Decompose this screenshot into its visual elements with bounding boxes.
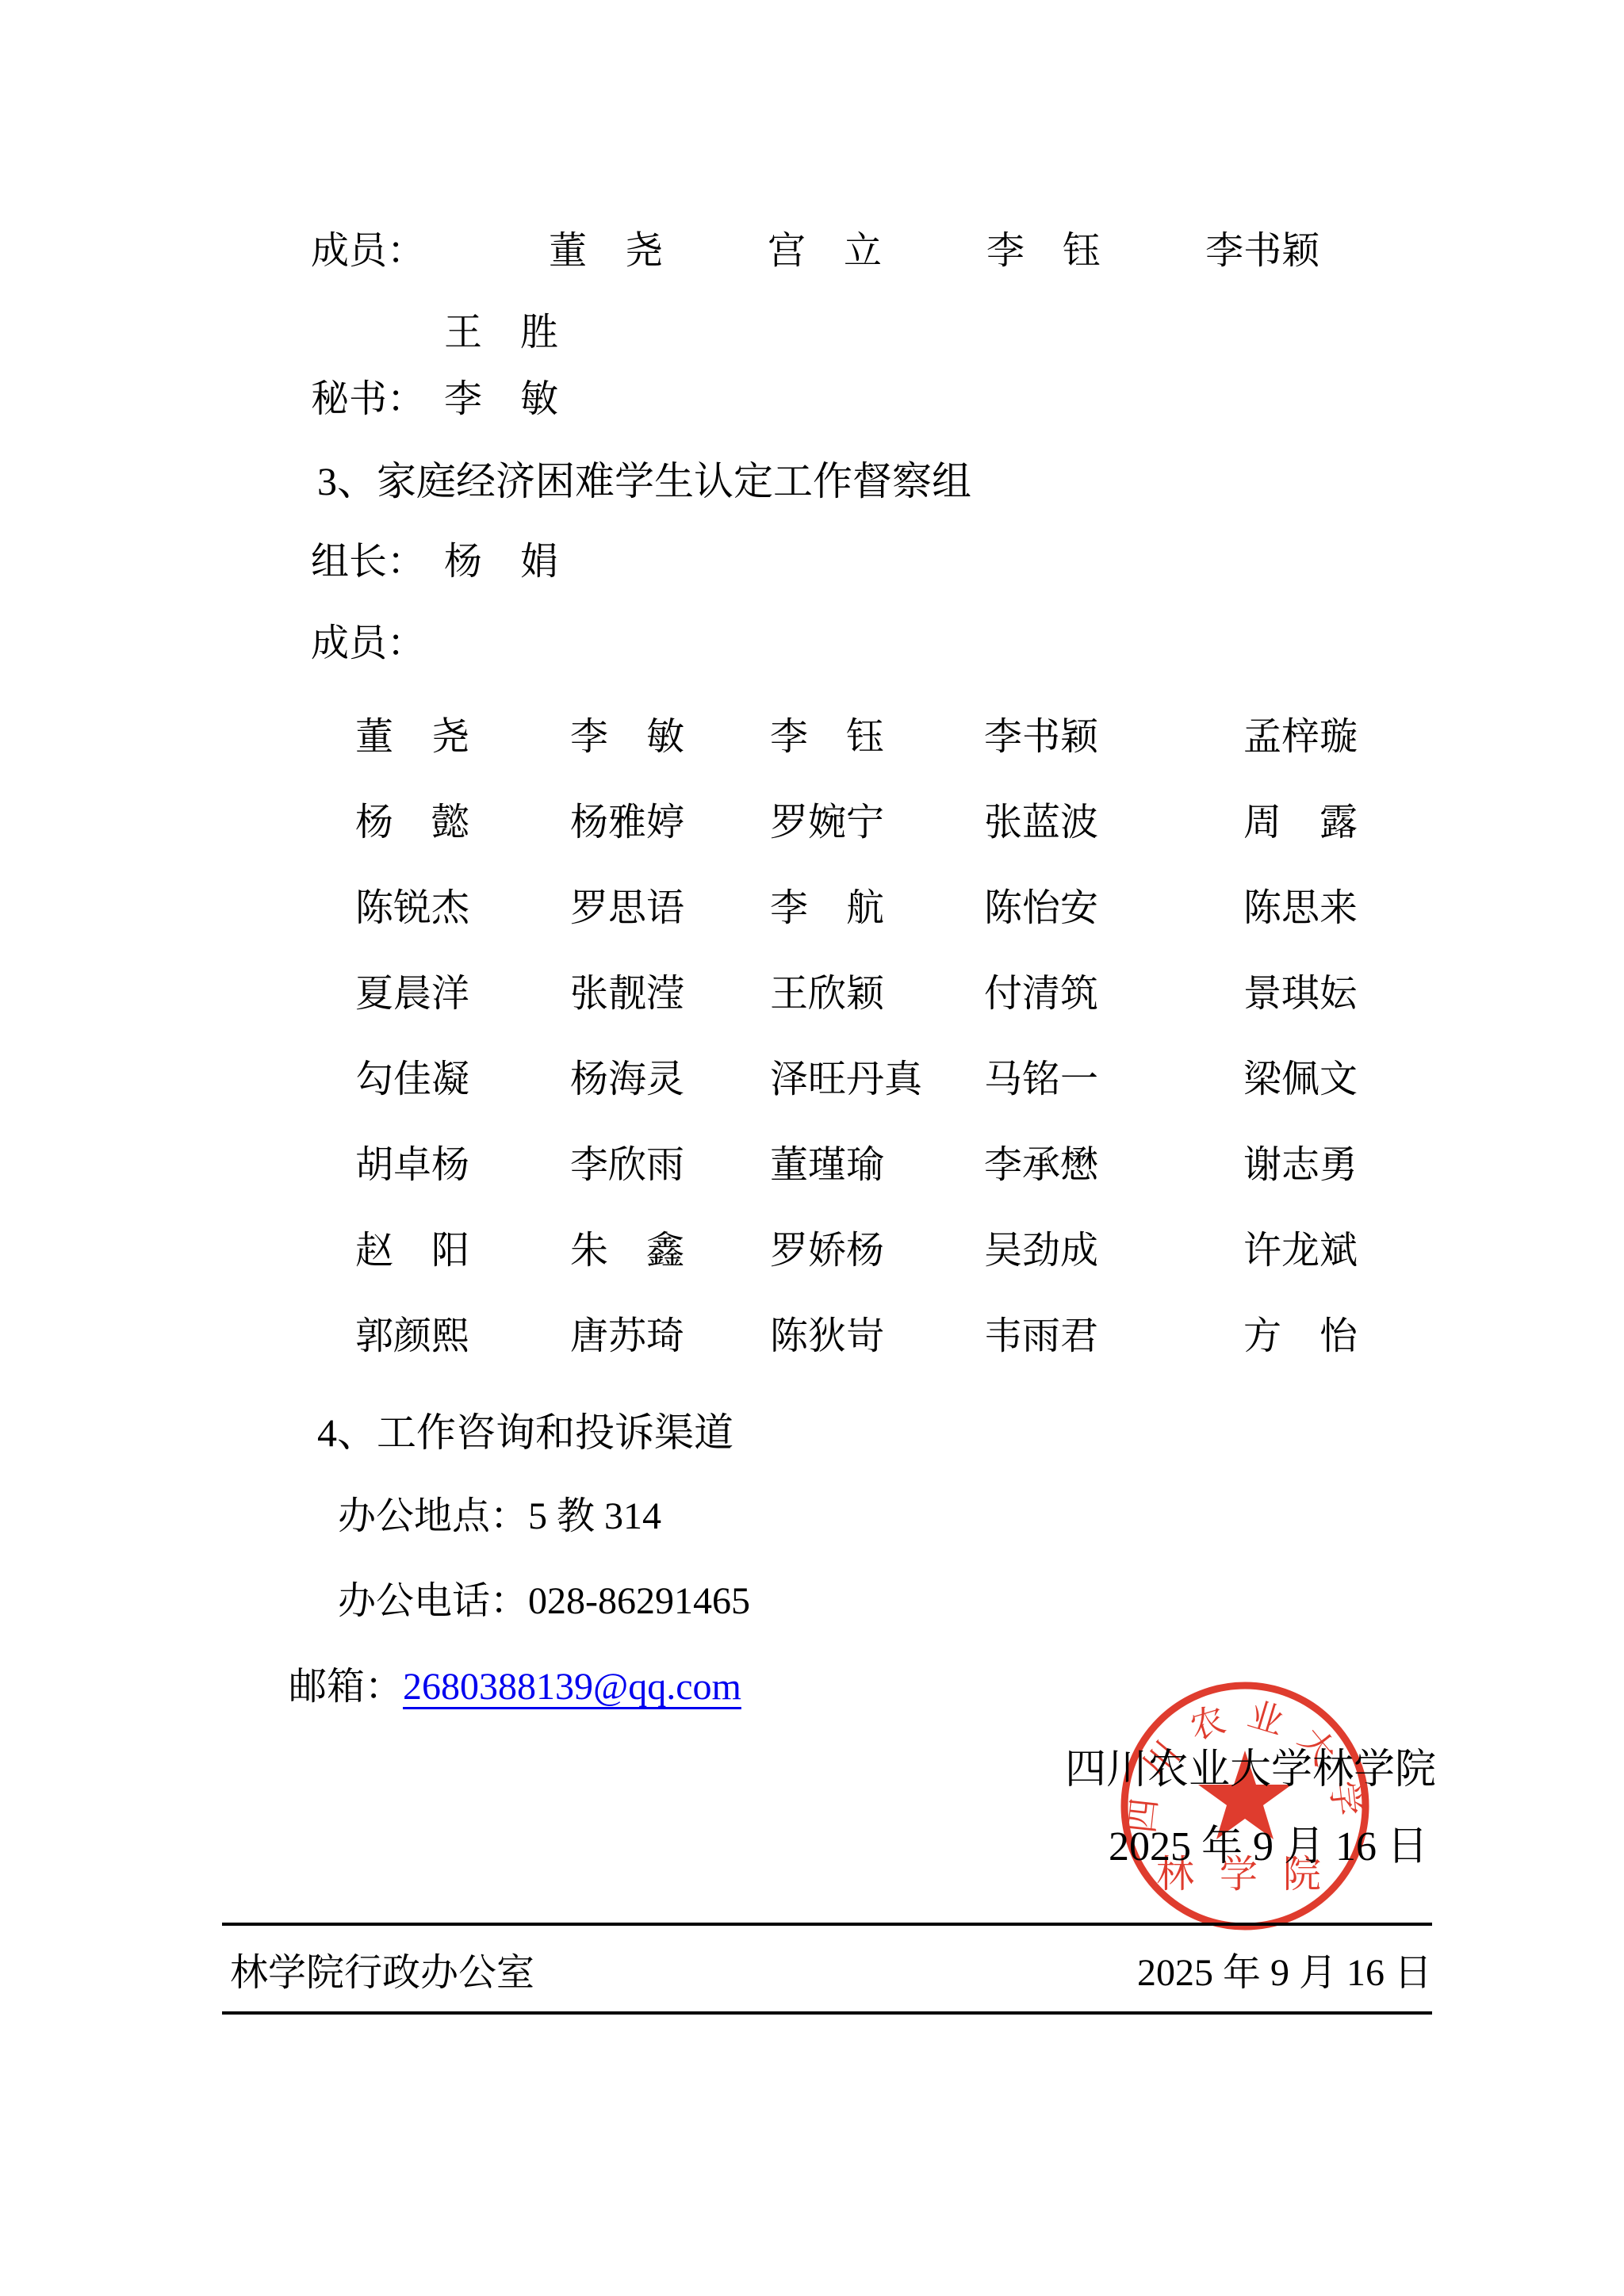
footer-row: 林学院行政办公室 2025 年 9 月 16 日 <box>222 1948 1432 1999</box>
table-cell: 王欣颖 <box>770 947 984 1032</box>
footer-bottom-rule <box>222 2011 1432 2015</box>
secretary-line: 秘书：李 敏 <box>311 374 558 425</box>
table-cell: 董瑾瑜 <box>770 1118 984 1203</box>
table-cell: 李承懋 <box>984 1118 1243 1203</box>
email-label: 邮箱： <box>289 1662 403 1712</box>
table-cell: 陈狄岢 <box>770 1289 984 1375</box>
section4-heading: 4、工作咨询和投诉渠道 <box>317 1407 733 1458</box>
table-cell: 杨雅婷 <box>570 775 770 861</box>
member-name: 李书颖 <box>1205 226 1319 277</box>
seal-bottom-text: 林学院 <box>1156 1854 1346 1896</box>
table-cell: 勾佳凝 <box>355 1032 570 1118</box>
leader-line: 组长：杨 娟 <box>311 537 558 587</box>
table-cell: 付清筑 <box>984 947 1243 1032</box>
table-cell: 陈思来 <box>1243 861 1358 947</box>
seal-star-icon <box>1198 1751 1292 1839</box>
table-cell: 郭颜熙 <box>355 1289 570 1375</box>
table-cell: 唐苏琦 <box>570 1289 770 1375</box>
table-cell: 李书颖 <box>984 690 1243 775</box>
email-link[interactable]: 2680388139@qq.com <box>403 1666 741 1708</box>
member-name-wrapped: 王 胜 <box>444 308 558 358</box>
table-cell: 朱 鑫 <box>570 1203 770 1289</box>
table-cell: 陈怡安 <box>984 861 1243 947</box>
table-cell: 陈锐杰 <box>355 861 570 947</box>
table-cell: 罗娇杨 <box>770 1203 984 1289</box>
table-cell: 赵 阳 <box>355 1203 570 1289</box>
table-cell: 谢志勇 <box>1243 1118 1358 1203</box>
table-cell: 李欣雨 <box>570 1118 770 1203</box>
table-cell: 胡卓杨 <box>355 1118 570 1203</box>
member-name: 李 钰 <box>986 226 1101 277</box>
table-cell: 罗思语 <box>570 861 770 947</box>
table-cell: 董 尧 <box>355 690 570 775</box>
table-cell: 张靓滢 <box>570 947 770 1032</box>
footer-office: 林学院行政办公室 <box>222 1948 534 1999</box>
table-cell: 方 怡 <box>1243 1289 1358 1375</box>
table-cell: 杨 懿 <box>355 775 570 861</box>
table-cell: 杨海灵 <box>570 1032 770 1118</box>
table-cell: 李 钰 <box>770 690 984 775</box>
footer-date: 2025 年 9 月 16 日 <box>1137 1948 1432 1999</box>
leader-label: 组长： <box>311 537 425 587</box>
table-cell: 许龙斌 <box>1243 1203 1358 1289</box>
committee-members-line: 成员： 董 尧 宫 立 李 钰 李书颖 <box>311 226 1319 277</box>
table-cell: 梁佩文 <box>1243 1032 1358 1118</box>
leader-name: 杨 娟 <box>444 541 558 583</box>
official-seal: 四川农业大学 林学院 <box>1110 1671 1380 1941</box>
member-name: 宫 立 <box>768 226 882 277</box>
document-page: 成员： 董 尧 宫 立 李 钰 李书颖 王 胜 秘书：李 敏 3、家庭经济困难学… <box>0 0 1624 2296</box>
table-cell: 夏晨洋 <box>355 947 570 1032</box>
table-cell: 泽旺丹真 <box>770 1032 984 1118</box>
table-cell: 李 航 <box>770 861 984 947</box>
section3-heading: 3、家庭经济困难学生认定工作督察组 <box>317 456 971 507</box>
table-cell: 吴劲成 <box>984 1203 1243 1289</box>
secretary-label: 秘书： <box>311 374 425 425</box>
members-table: 董 尧 李 敏 李 钰 李书颖 孟梓璇 杨 懿 杨雅婷 罗婉宁 张蓝波 周 露 … <box>355 690 1358 1375</box>
member-name: 董 尧 <box>549 226 663 277</box>
table-cell: 韦雨君 <box>984 1289 1243 1375</box>
table-cell: 罗婉宁 <box>770 775 984 861</box>
members-label: 成员： <box>311 226 425 277</box>
office-phone: 办公电话：028-86291465 <box>338 1576 750 1627</box>
office-location: 办公地点：5 教 314 <box>338 1491 661 1542</box>
email-line: 邮箱：2680388139@qq.com <box>289 1662 741 1712</box>
table-cell: 马铭一 <box>984 1032 1243 1118</box>
members-label-line: 成员： <box>311 618 425 669</box>
table-cell: 孟梓璇 <box>1243 690 1358 775</box>
table-cell: 周 露 <box>1243 775 1358 861</box>
table-cell: 张蓝波 <box>984 775 1243 861</box>
table-cell: 景琪妘 <box>1243 947 1358 1032</box>
table-cell: 李 敏 <box>570 690 770 775</box>
secretary-name: 李 敏 <box>444 378 558 420</box>
